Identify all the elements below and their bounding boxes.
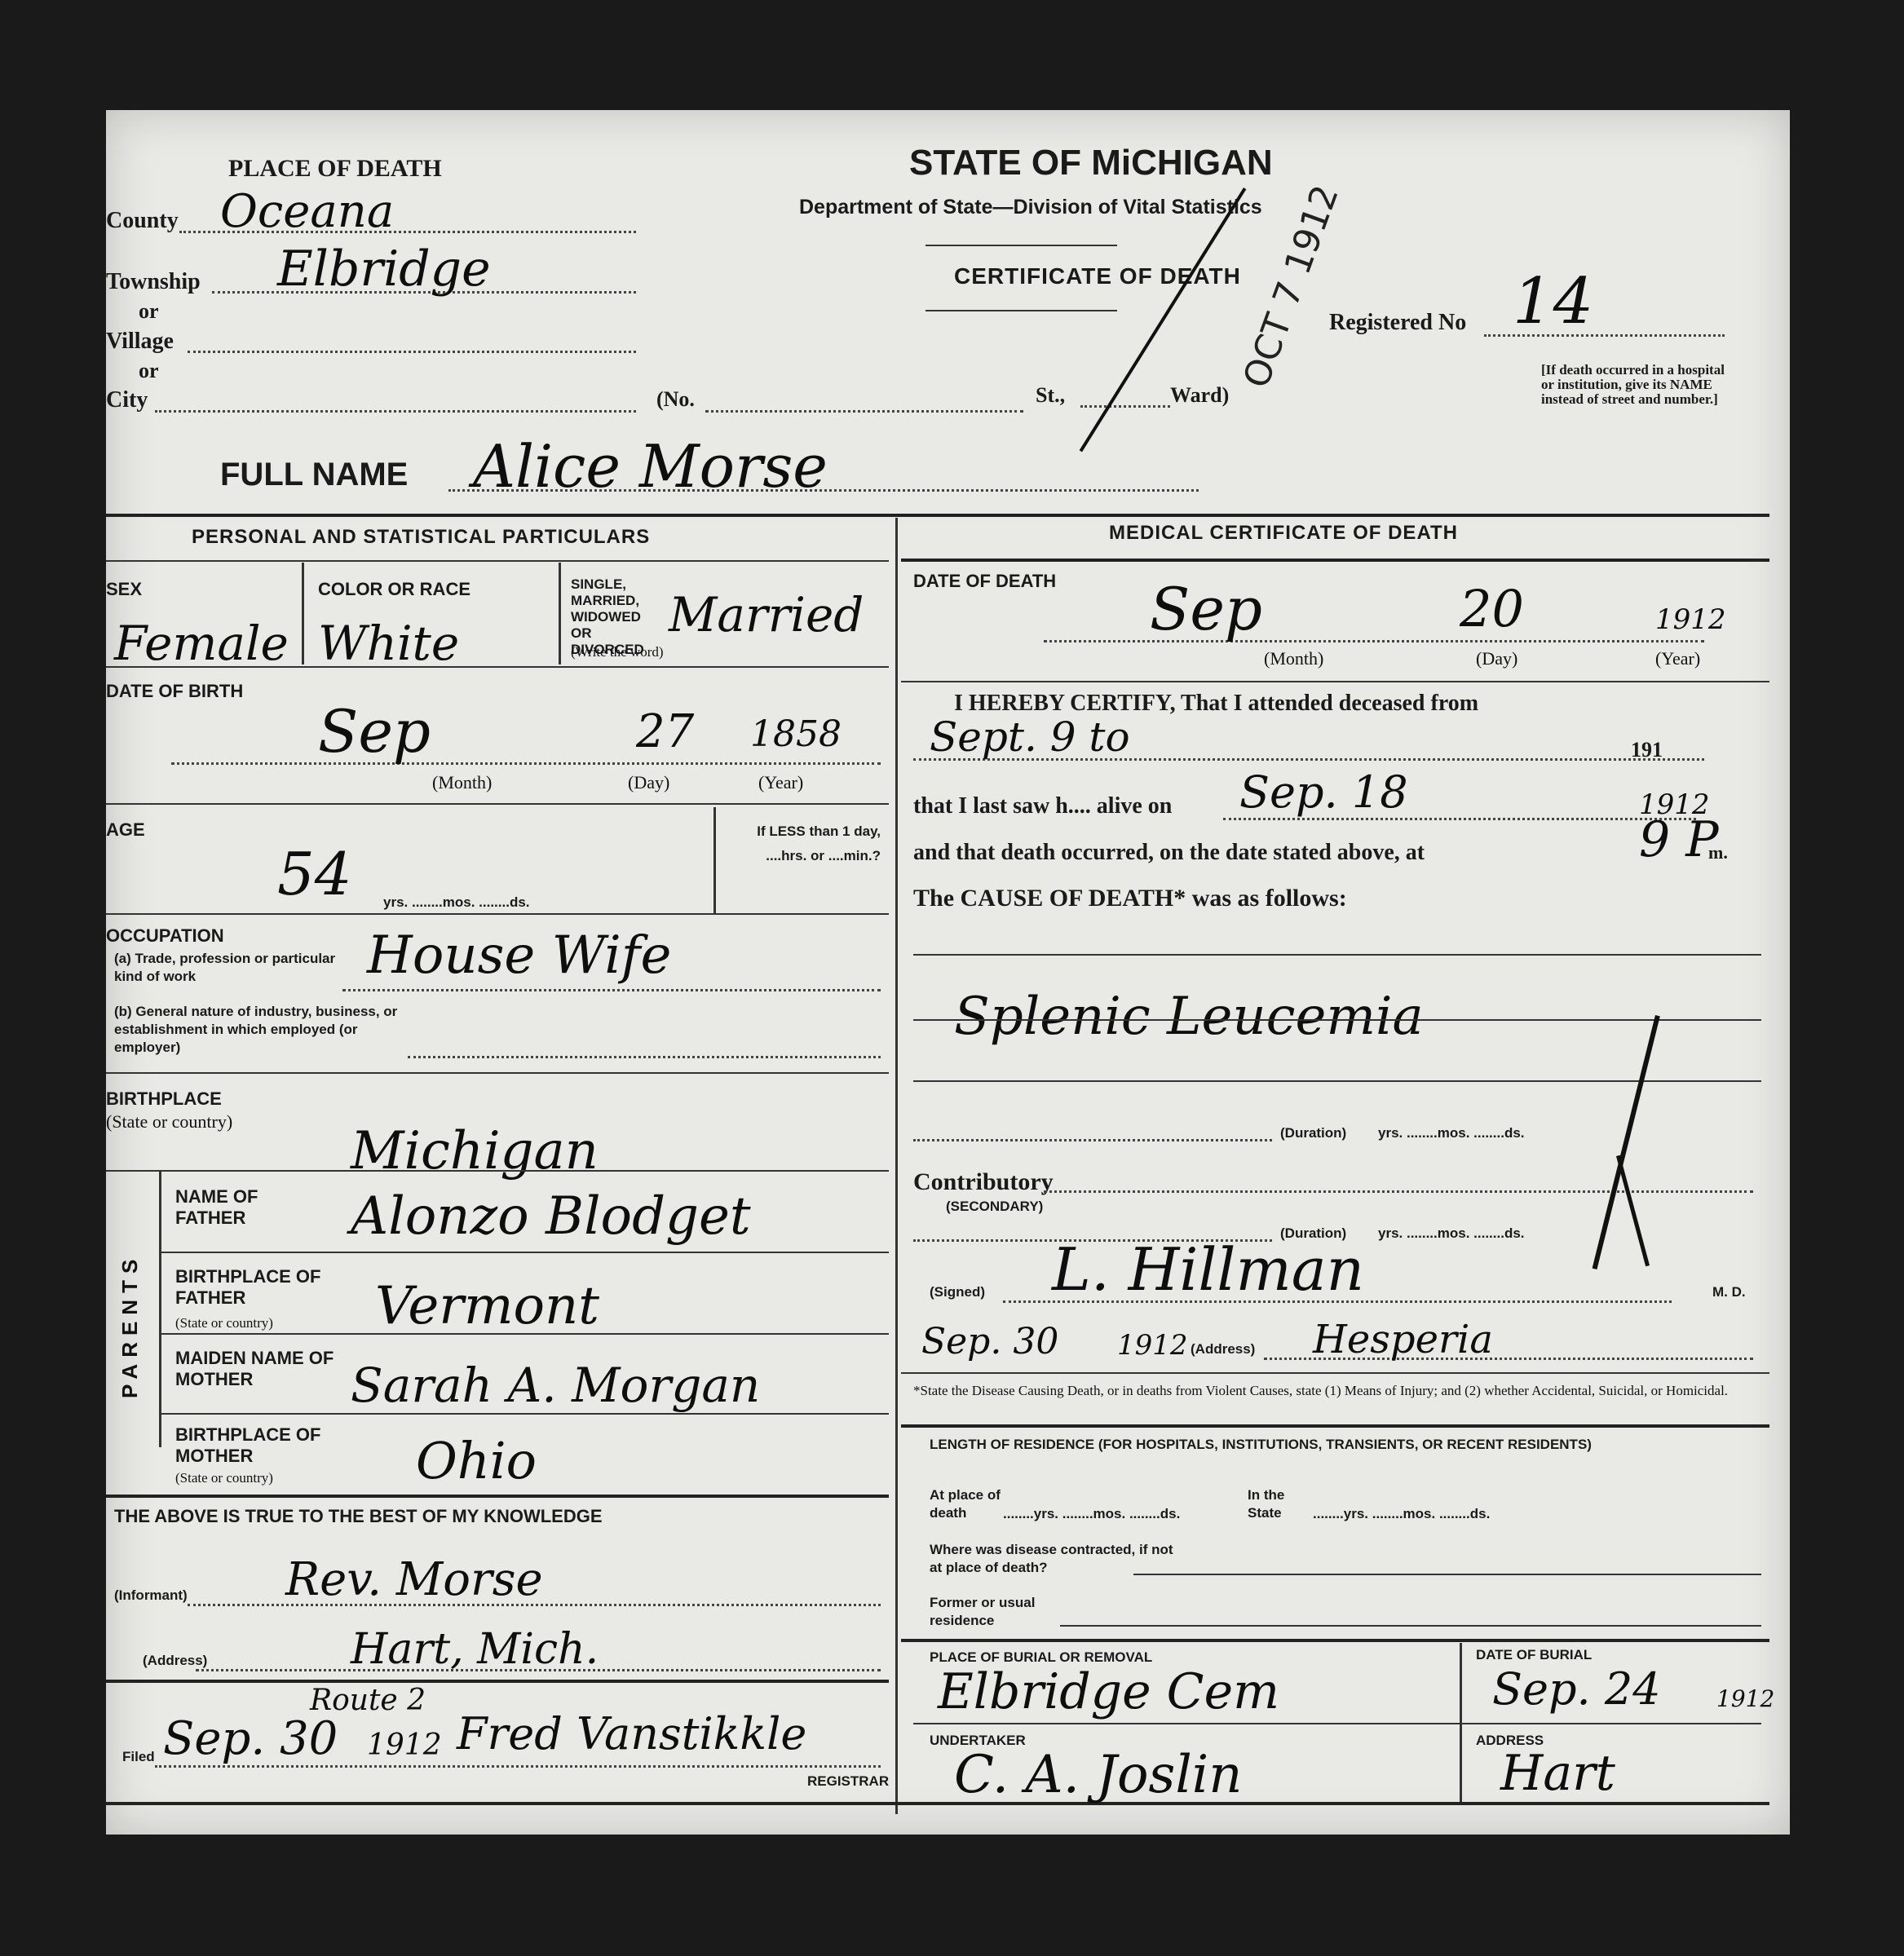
dob-year: 1858 (750, 713, 842, 755)
at-place-of-death-label: At place of death (930, 1486, 1003, 1522)
personal-heading: PERSONAL AND STATISTICAL PARTICULARS (192, 526, 650, 549)
age-value: 54 (277, 840, 352, 908)
occupation-label: OCCUPATION (106, 925, 224, 947)
full-name-value: Alice Morse (473, 432, 828, 501)
place-of-death-heading: PLACE OF DEATH (228, 155, 442, 183)
mother-birthplace-value: Ohio (416, 1431, 537, 1490)
death-certificate: PLACE OF DEATH County Oceana Township El… (106, 110, 1790, 1835)
ward-label: Ward) (1170, 383, 1229, 408)
informant-heading: THE ABOVE IS TRUE TO THE BEST OF MY KNOW… (114, 1506, 603, 1527)
county-label: County (106, 208, 179, 234)
dob-month: Sep (318, 697, 431, 766)
township-value: Elbridge (277, 241, 491, 298)
city-label: City (106, 387, 148, 413)
date-of-birth-label: DATE OF BIRTH (106, 681, 243, 702)
dod-day: 20 (1460, 579, 1524, 638)
registered-no-value: 14 (1513, 265, 1593, 338)
signed-label: (Signed) (930, 1284, 985, 1300)
father-birthplace-value: Vermont (375, 1276, 599, 1336)
last-saw-statement: that I last saw h.... alive on (913, 793, 1172, 819)
mother-maiden-name-label: MAIDEN NAME OF MOTHER (175, 1348, 338, 1390)
in-state-label: In the State (1248, 1486, 1305, 1522)
dod-month: Sep (1150, 575, 1262, 643)
race-label: COLOR OR RACE (318, 579, 470, 600)
street-label: St., (1036, 383, 1065, 408)
check-mark-stroke (1080, 188, 1247, 452)
certificate-title: CERTIFICATE OF DEATH (954, 263, 1241, 289)
burial-date-value: Sep. 24 (1492, 1663, 1661, 1715)
birthplace-label: BIRTHPLACE (106, 1088, 222, 1110)
cause-of-death-heading: The CAUSE OF DEATH* was as follows: (913, 885, 1347, 912)
less-than-day-note: If LESS than 1 day, ....hrs. or ....min.… (726, 819, 881, 868)
undertaker-address-value: Hart (1500, 1745, 1615, 1802)
filed-year: 1912 (367, 1729, 442, 1762)
filed-label: Filed (122, 1749, 155, 1765)
race-value: White (318, 616, 459, 671)
usual-residence-label: Former or usual residence (930, 1594, 1044, 1630)
informant-label: (Informant) (114, 1587, 188, 1604)
sex-value: Female (114, 616, 289, 671)
attended-from-date: Sept. 9 to (930, 713, 1130, 761)
medical-heading: MEDICAL CERTIFICATE OF DEATH (1109, 522, 1458, 545)
state-title: STATE OF MiCHIGAN (909, 143, 1273, 183)
informant-value: Rev. Morse (285, 1553, 543, 1606)
time-of-death: 9 P (1639, 811, 1719, 868)
secondary-label: (SECONDARY) (946, 1199, 1043, 1215)
burial-date-label: DATE OF BURIAL (1476, 1647, 1592, 1663)
sex-label: SEX (106, 579, 142, 600)
informant-address-label: (Address) (143, 1653, 207, 1669)
birthplace-value: Michigan (351, 1121, 599, 1181)
age-label: AGE (106, 819, 145, 841)
full-name-label: FULL NAME (220, 457, 408, 493)
physician-sign-date: Sep. 30 (921, 1321, 1058, 1362)
cause-footnote: *State the Disease Causing Death, or in … (913, 1382, 1761, 1400)
physician-address-label: (Address) (1191, 1341, 1255, 1358)
occupation-value: House Wife (367, 925, 671, 986)
primary-duration-label: (Duration) (1280, 1125, 1346, 1141)
county-value: Oceana (220, 185, 394, 238)
filed-date: Sep. 30 (163, 1712, 338, 1765)
undertaker-value: C. A. Joslin (954, 1745, 1242, 1805)
mother-birthplace-label: BIRTHPLACE OF MOTHER (175, 1424, 322, 1467)
department-subtitle: Department of State—Division of Vital St… (799, 196, 1262, 219)
disease-contracted-label: Where was disease contracted, if not at … (930, 1541, 1174, 1577)
registrar-signature: Fred Vanstikkle (457, 1708, 806, 1760)
street-number-label: (No. (656, 387, 695, 412)
marital-status-value: Married (669, 587, 864, 642)
dob-day: 27 (636, 705, 694, 758)
informant-address-value: Hart, Mich. (351, 1625, 599, 1674)
physician-address-value: Hesperia (1313, 1317, 1493, 1362)
parents-section-label: PARENTS (117, 1253, 143, 1398)
death-occurred-statement: and that death occurred, on the date sta… (913, 840, 1425, 866)
contributory-label: Contributory (913, 1168, 1054, 1196)
burial-place-value: Elbridge Cem (938, 1663, 1279, 1720)
father-birthplace-label: BIRTHPLACE OF FATHER (175, 1266, 322, 1309)
physician-sign-year: 1912 (1117, 1329, 1188, 1362)
date-of-death-label: DATE OF DEATH (913, 571, 1056, 592)
cause-of-death-value: Splenic Leucemia (954, 987, 1424, 1047)
registered-no-label: Registered No (1329, 310, 1466, 336)
village-label: Village (106, 329, 174, 355)
length-of-residence-heading: LENGTH OF RESIDENCE (FOR HOSPITALS, INST… (930, 1435, 1753, 1455)
mother-maiden-name-value: Sarah A. Morgan (351, 1358, 760, 1413)
physician-signature: L. Hillman (1052, 1235, 1364, 1304)
father-name-label: NAME OF FATHER (175, 1186, 306, 1229)
registrar-label: REGISTRAR (807, 1773, 889, 1790)
hospital-note: [If death occurred in a hospital or inst… (1541, 363, 1729, 407)
dod-year: 1912 (1655, 603, 1726, 636)
township-label: Township (106, 269, 201, 295)
burial-year: 1912 (1716, 1685, 1774, 1712)
last-saw-date: Sep. 18 (1239, 766, 1408, 818)
father-name-value: Alonzo Blodget (351, 1186, 751, 1247)
